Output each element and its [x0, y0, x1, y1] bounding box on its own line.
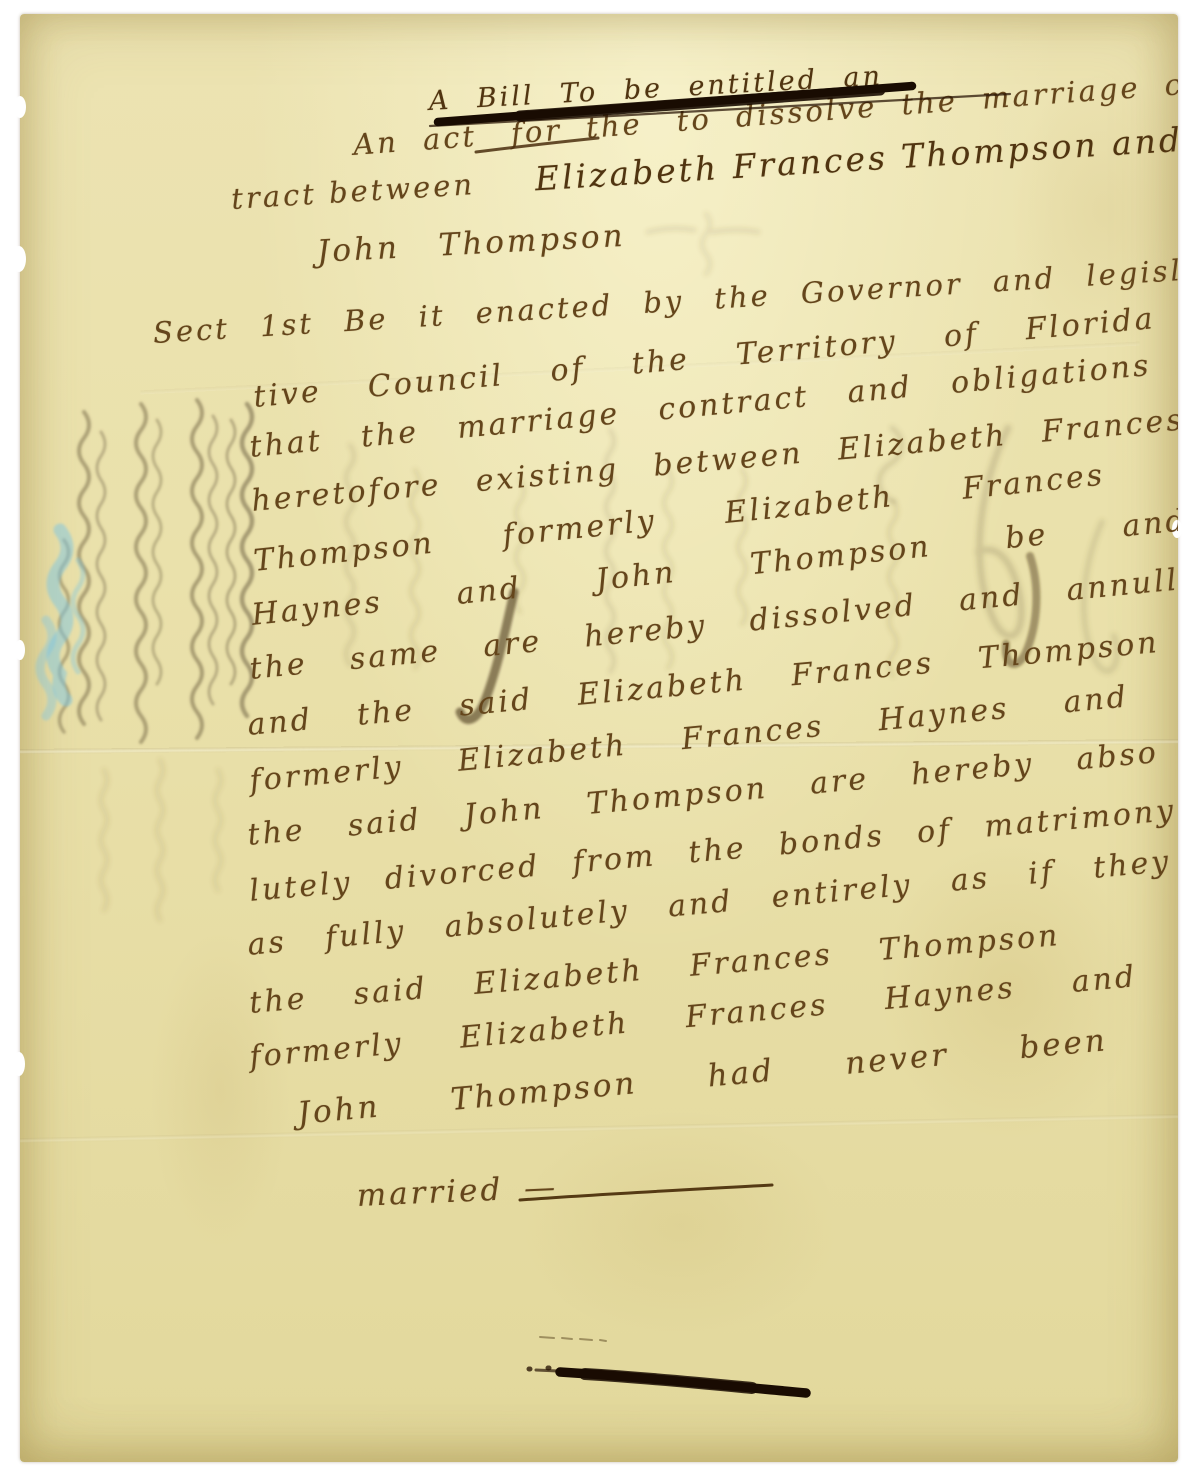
faint-dotted-smear: [540, 1337, 606, 1341]
paper-stain: [150, 930, 290, 1250]
body-line: married —: [356, 1169, 559, 1214]
title-act-pre: An act: [352, 119, 478, 162]
fold-crease: [20, 1114, 1178, 1143]
ink-dots: [529, 1368, 549, 1369]
manuscript-scan: A Bill To be entitled an An act for the …: [0, 0, 1200, 1476]
blue-pencil-mark: [40, 530, 83, 716]
heavy-ink-stroke: [585, 1374, 752, 1388]
ink-lead-in: [536, 1370, 558, 1371]
paper-content-area: A Bill To be entitled an An act for the …: [0, 0, 1200, 1476]
heavy-ink-stroke: [560, 1372, 806, 1393]
paper-stain: [520, 1110, 840, 1340]
title-cont-left: tract between: [230, 167, 476, 216]
bleedthrough-columns: [60, 400, 253, 742]
title-act-struck-words: for the: [510, 107, 644, 151]
title-name-line: John Thompson: [316, 218, 626, 270]
ink-blot-stroke: [529, 1337, 806, 1393]
